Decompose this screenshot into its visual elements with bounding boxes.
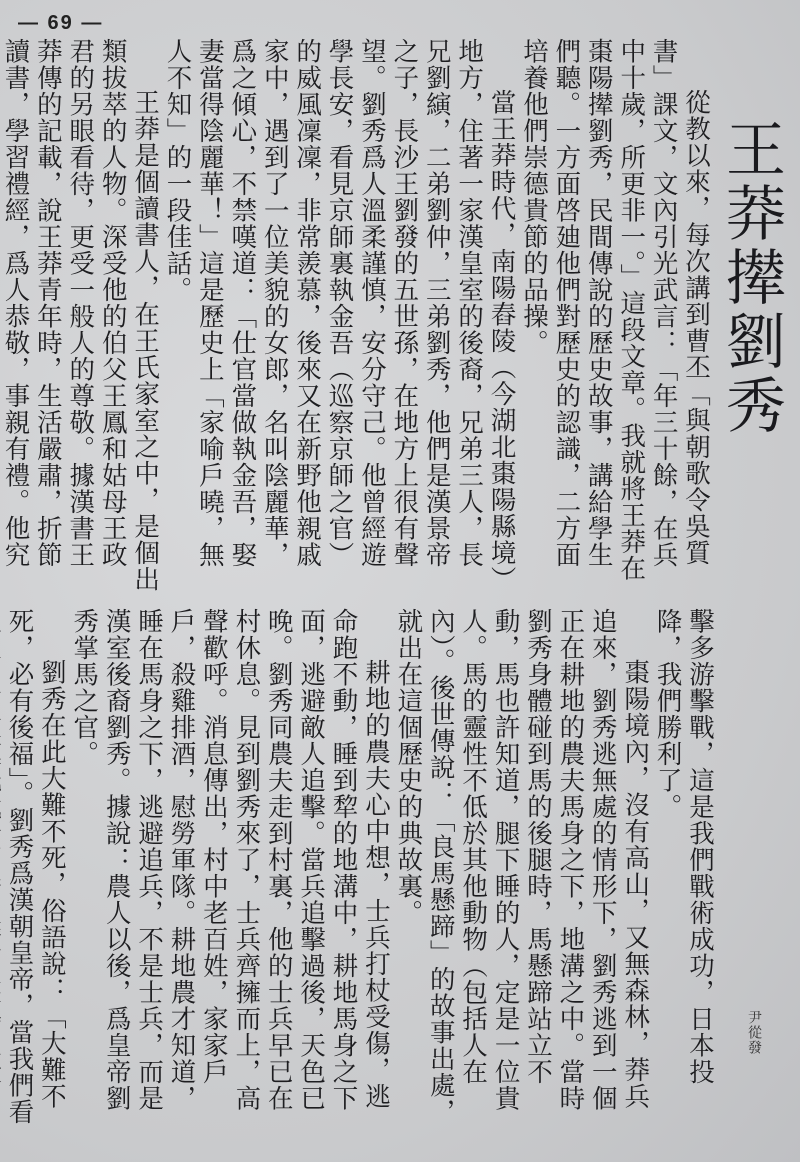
- article-body-top: 從教以來，每次講到曹丕「與朝歌令吳質書」課文，文內引光武言：「年三十餘，在兵中十…: [0, 38, 712, 594]
- paragraph-liu-xiu-background: 當王莽時代，南陽舂陵（今湖北棗陽縣境）地方，住著一家漢皇室的後裔，兄弟三人，長兄…: [161, 38, 517, 594]
- paragraph-continuation: 擊多游擊戰，這是我們戰術成功，日本投降，我們勝利了。: [651, 608, 716, 1128]
- paragraph-farmer: 耕地的農夫心中想，士兵打杖受傷，逃命跑不動，睡到犂的地溝中，耕地馬身之下面，逃避…: [68, 608, 392, 1128]
- paragraph-horse-legend: 棗陽境內，沒有高山，又無森林，莽兵追來，劉秀逃無處的情形下，劉秀逃到一個正在耕地…: [392, 608, 651, 1128]
- page-number: — 69 —: [18, 12, 103, 35]
- article-body-bottom: 擊多游擊戰，這是我們戰術成功，日本投降，我們勝利了。 棗陽境內，沒有高山，又無森…: [56, 608, 716, 1128]
- article-title: 王莽撵劉秀: [716, 118, 786, 438]
- author-name: 尹從發: [744, 1010, 764, 1055]
- paragraph-aftermath: 劉秀在此大難不死，俗語說：「大難不死，必有後福」。劉秀爲漢朝皇帝，當我們看正史，…: [0, 608, 68, 1128]
- paragraph-wang-mang-background: 王莽是個讀書人，在王氏家室之中，是個出類拔萃的人物。深受他的伯父王鳳和姑母王政君…: [0, 38, 161, 594]
- paragraph-intro: 從教以來，每次講到曹丕「與朝歌令吳質書」課文，文內引光武言：「年三十餘，在兵中十…: [518, 38, 712, 594]
